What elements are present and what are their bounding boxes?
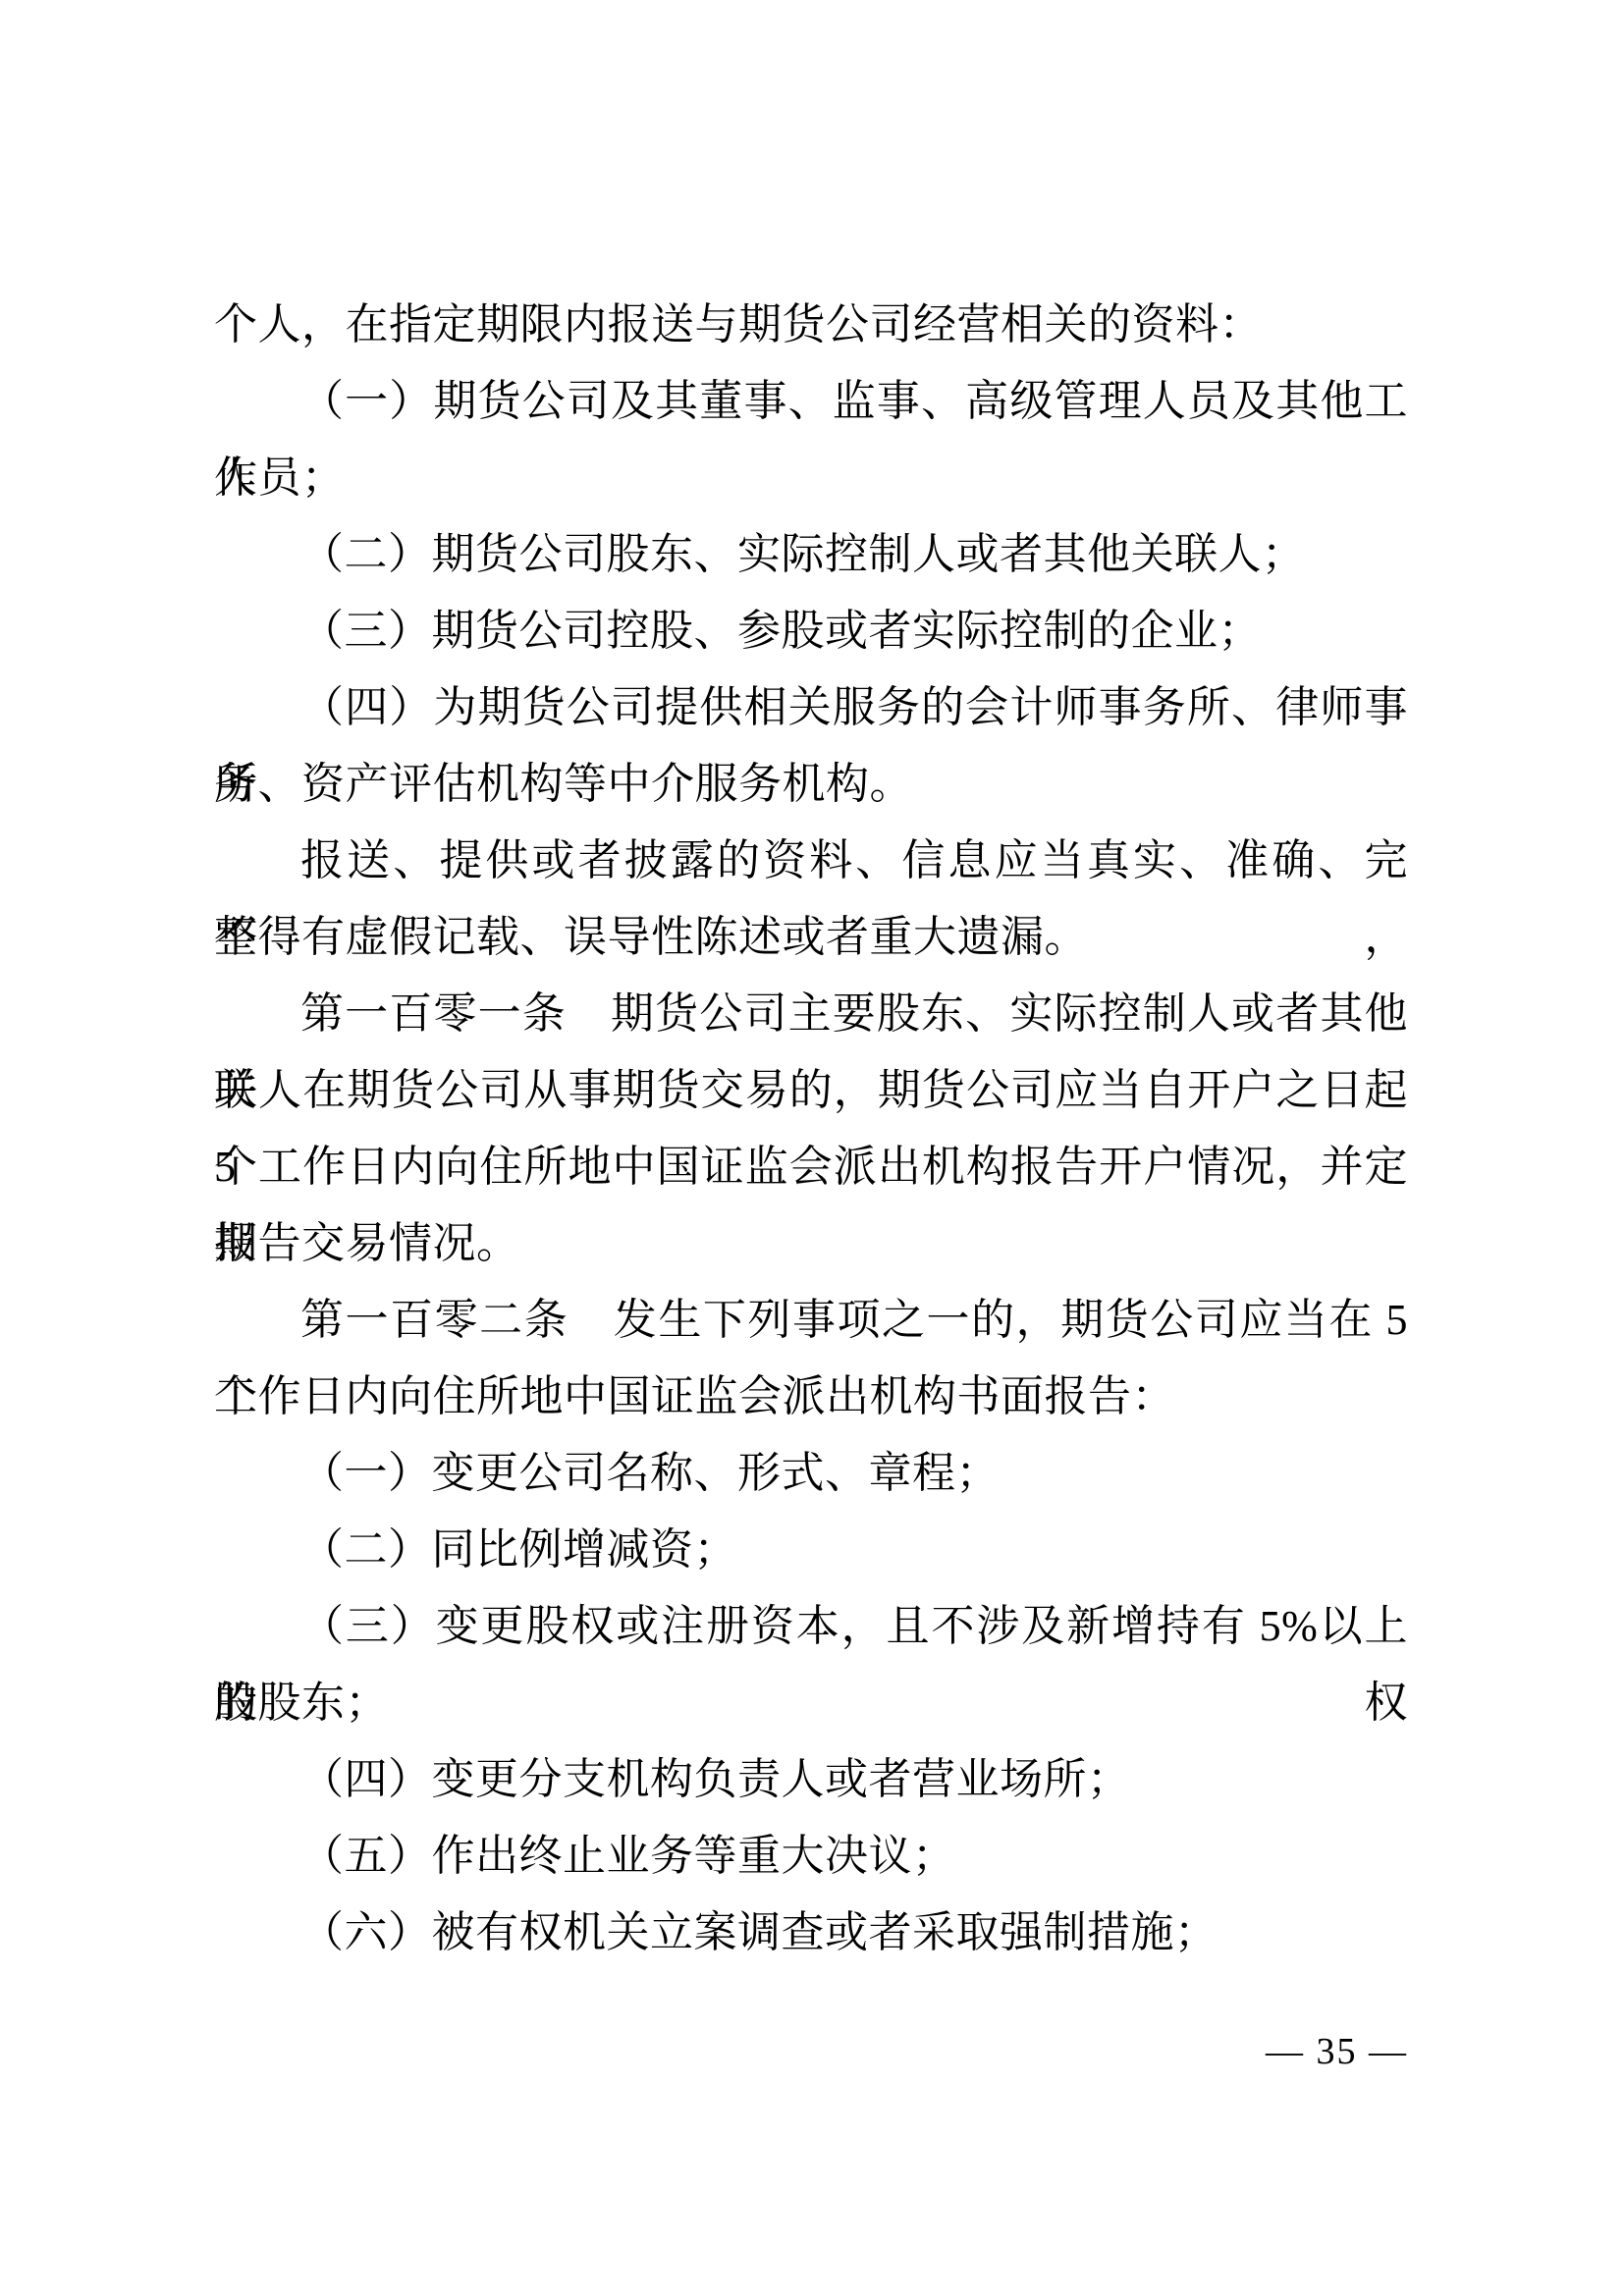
text-line: 所、资产评估机构等中介服务机构。 bbox=[214, 746, 1408, 823]
document-text-block: 个人，在指定期限内报送与期货公司经营相关的资料： （一）期货公司及其董事、监事、… bbox=[214, 287, 1408, 1971]
text-line: （一）变更公司名称、形式、章程； bbox=[214, 1435, 1408, 1512]
text-line: 个人，在指定期限内报送与期货公司经营相关的资料： bbox=[214, 287, 1408, 363]
text-line: （五）作出终止业务等重大决议； bbox=[214, 1818, 1408, 1895]
text-line: （三）变更股权或注册资本，且不涉及新增持有 5%以上股权 bbox=[214, 1588, 1408, 1665]
text-line: （一）期货公司及其董事、监事、高级管理人员及其他工作 bbox=[214, 363, 1408, 440]
text-line: （二）期货公司股东、实际控制人或者其他关联人； bbox=[214, 516, 1408, 593]
text-line: 报送、提供或者披露的资料、信息应当真实、准确、完整， bbox=[214, 823, 1408, 899]
text-line: （四）变更分支机构负责人或者营业场所； bbox=[214, 1741, 1408, 1818]
text-line: 个工作日内向住所地中国证监会派出机构报告开户情况，并定期 bbox=[214, 1129, 1408, 1205]
text-line: （四）为期货公司提供相关服务的会计师事务所、律师事务 bbox=[214, 669, 1408, 746]
text-line: 第一百零一条 期货公司主要股东、实际控制人或者其他关 bbox=[214, 976, 1408, 1052]
text-line: （六）被有权机关立案调查或者采取强制措施； bbox=[214, 1895, 1408, 1971]
document-page: 个人，在指定期限内报送与期货公司经营相关的资料： （一）期货公司及其董事、监事、… bbox=[0, 0, 1624, 2296]
text-line: 人员； bbox=[214, 440, 1408, 516]
text-line: （二）同比例增减资； bbox=[214, 1512, 1408, 1588]
text-line: （三）期货公司控股、参股或者实际控制的企业； bbox=[214, 593, 1408, 669]
text-line: 联人在期货公司从事期货交易的，期货公司应当自开户之日起 5 bbox=[214, 1052, 1408, 1129]
page-number: — 35 — bbox=[1266, 2030, 1408, 2073]
text-line: 工作日内向住所地中国证监会派出机构书面报告： bbox=[214, 1359, 1408, 1435]
text-line: 报告交易情况。 bbox=[214, 1205, 1408, 1282]
text-line: 第一百零二条 发生下列事项之一的，期货公司应当在 5 个 bbox=[214, 1282, 1408, 1359]
